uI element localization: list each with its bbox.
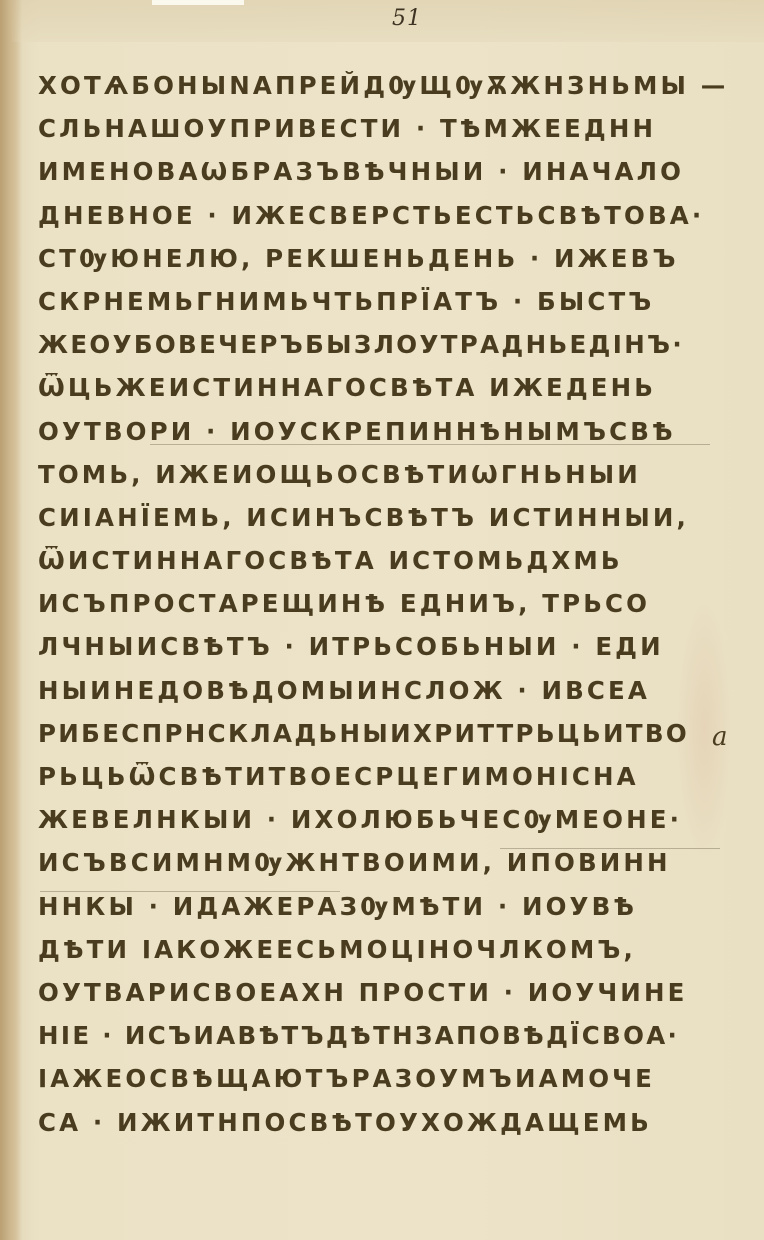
text-line-2: сльнашоупривести · тѣмжееднн bbox=[38, 107, 724, 150]
text-line-22: оутварисвоеахн прости · иоучине bbox=[38, 971, 724, 1014]
text-line-18: жевелнкыи · ихолюбьчесѹмеоне· bbox=[38, 798, 724, 841]
text-line-8: ѿцьжеистиннагосвѣта ижедень bbox=[38, 366, 724, 409]
text-line-25: са · ижитнпосвѣтоухождащемь bbox=[38, 1101, 724, 1144]
manuscript-page: 51 хотѧбоныnапрейдѹщѹѫжнзньмы — сльнашоу… bbox=[0, 0, 764, 1240]
text-line-7: жеоубовечеръбызлоутрадньедінъ· bbox=[38, 323, 724, 366]
text-line-4: дневное · ижесверстьестьсвѣтова· bbox=[38, 194, 724, 237]
manuscript-text: хотѧбоныnапрейдѹщѹѫжнзньмы — сльнашоупри… bbox=[38, 64, 738, 1144]
text-line-9: оутвори · иоускрепиннѣнымъсвѣ bbox=[38, 410, 724, 453]
margin-annotation: a bbox=[712, 722, 728, 752]
text-line-6: скрнемьгнимьчтьпрїатъ · быстъ bbox=[38, 280, 724, 323]
text-line-20: ннкы · идажеразѹмѣти · иоувѣ bbox=[38, 885, 724, 928]
text-line-3: именоваѡбразъвѣчныи · иначало bbox=[38, 150, 724, 193]
text-line-5: стѹюнелю, рекшеньдень · ижевъ bbox=[38, 237, 724, 280]
text-line-19: исъвсимнмѹжнтвоими, иповинн bbox=[38, 841, 724, 884]
text-line-21: дѣти ιакожеесьмоціночлкомъ, bbox=[38, 928, 724, 971]
page-top-edge bbox=[0, 0, 764, 42]
text-line-1: хотѧбоныnапрейдѹщѹѫжнзньмы — bbox=[38, 64, 724, 107]
text-line-15: ныинедовѣдомыинслож · ивсеа bbox=[38, 669, 724, 712]
text-line-10: томь, ижеиощьосвѣтиѡгньныи bbox=[38, 453, 724, 496]
text-line-12: ѿистиннагосвѣта истомьдхмь bbox=[38, 539, 724, 582]
text-line-16: рибеспрнскладьныихриттрьцьитво bbox=[38, 712, 724, 755]
scan-border-fragment bbox=[152, 0, 244, 5]
text-line-17: рьцьѿсвѣтитвоесрцегимонісна bbox=[38, 755, 724, 798]
text-line-23: ніе · исъиавѣтъдѣтнзаповѣдїсвоа· bbox=[38, 1014, 724, 1057]
binding-gutter-shadow bbox=[0, 0, 22, 1240]
text-line-14: лчныисвѣтъ · итрьсобьныи · еди bbox=[38, 625, 724, 668]
text-line-13: исъпростарещинѣ едниъ, трьсо bbox=[38, 582, 724, 625]
text-line-11: сиіанїемь, исинъсвѣтъ истинныи, bbox=[38, 496, 724, 539]
text-line-24: ιажеосвѣщаютъразоумъиамоче bbox=[38, 1057, 724, 1100]
folio-number: 51 bbox=[392, 6, 422, 31]
